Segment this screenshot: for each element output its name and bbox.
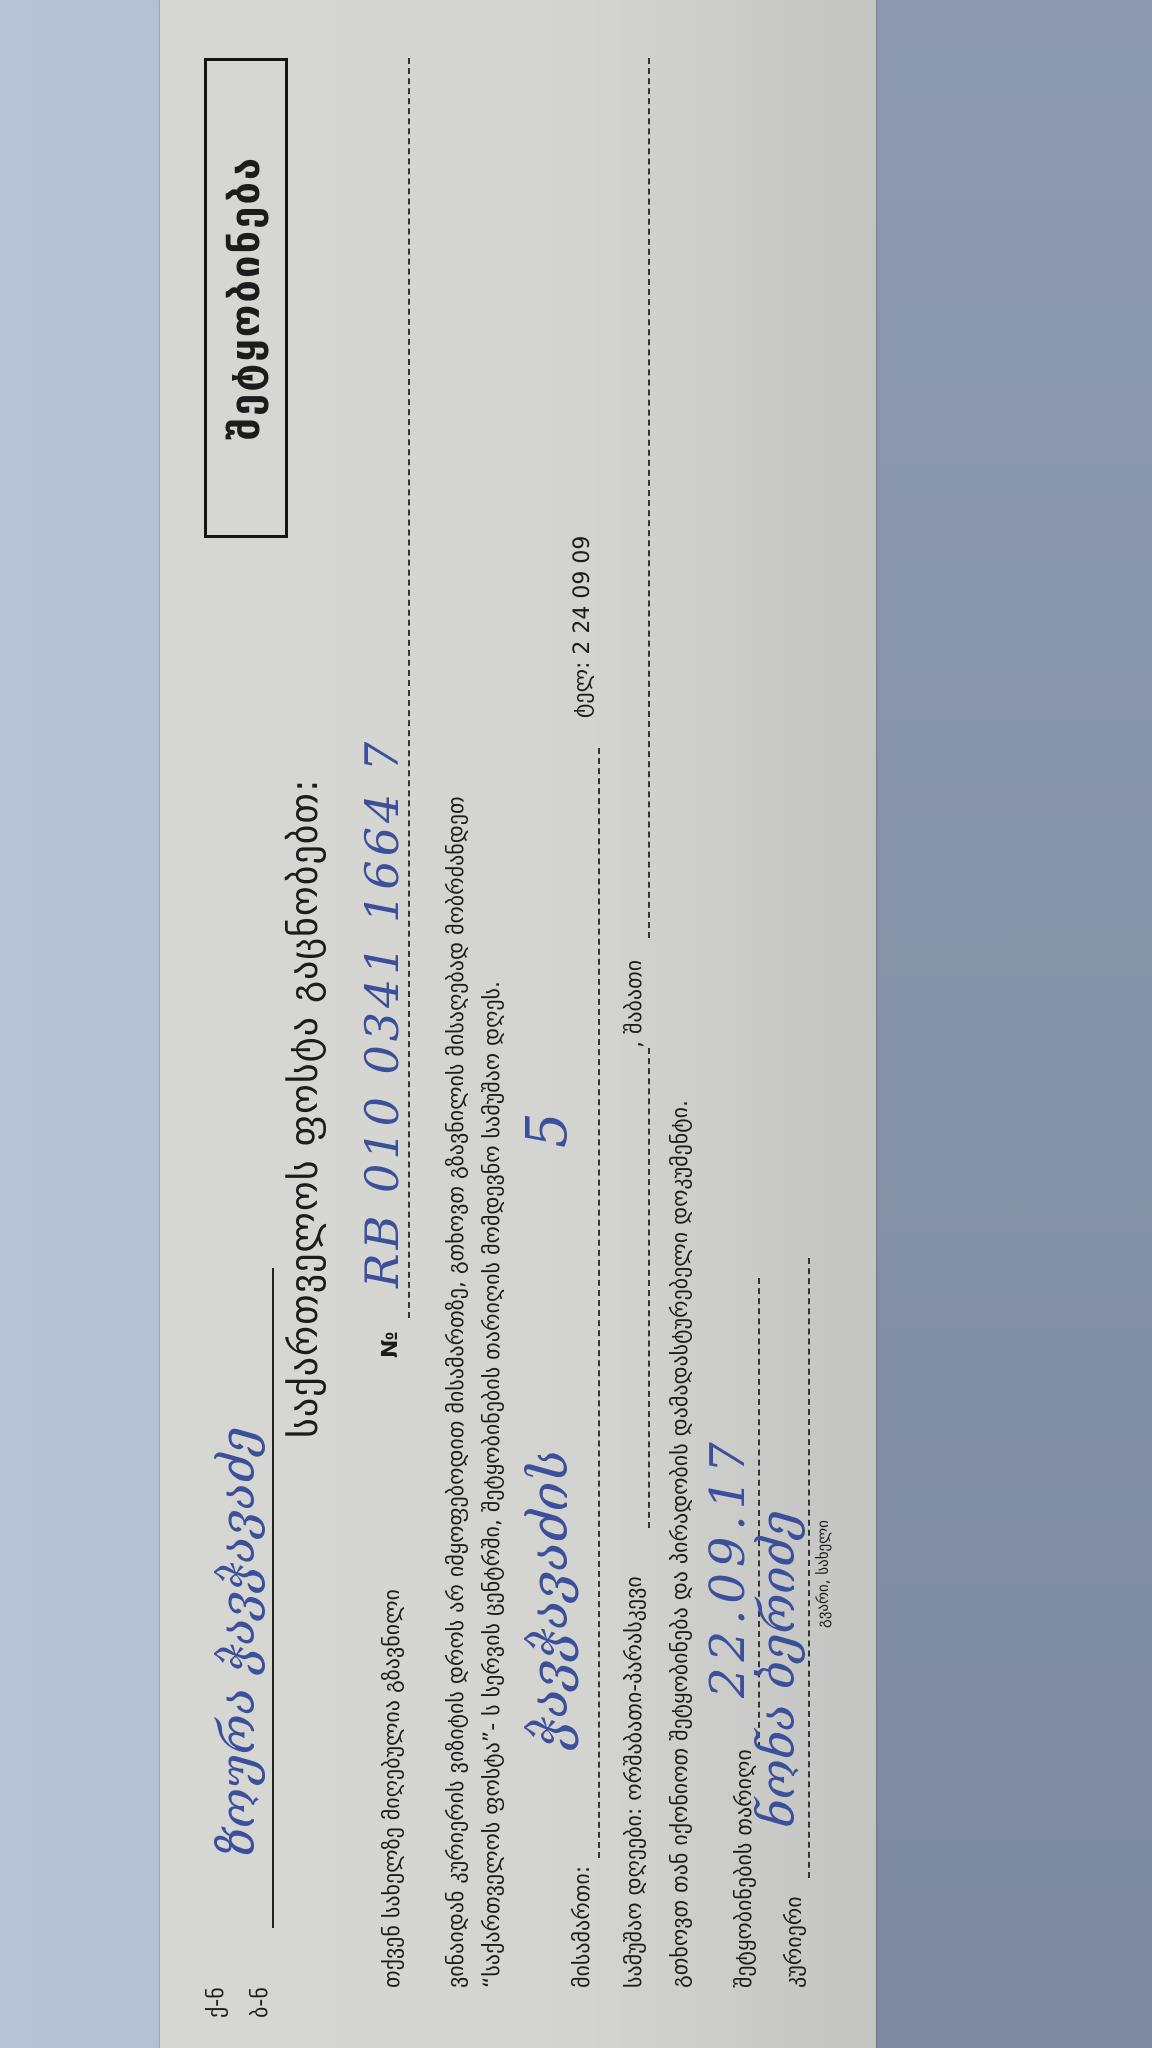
- courier-label: კურიერი: [782, 1896, 807, 1988]
- street-label: ქ-ნ: [204, 1987, 229, 2018]
- notice-heading-box: შეტყობინება: [204, 58, 288, 538]
- recipient-name-handwritten: ზოურა ჭავჭავაძე: [210, 1427, 266, 1858]
- saturday-hours-line: [648, 58, 650, 938]
- working-days-label: სამუშაო დღეები: ორშაბათი-პარასკევი: [622, 1576, 647, 1988]
- instruction-line-1: ვინაიდან კურიერის ვიზიტის დროს არ იმყოფე…: [440, 796, 474, 1988]
- courier-sublabel: გვარი, სახელი: [814, 1520, 832, 1628]
- phone-number: ტელ: 2 24 09 09: [570, 536, 595, 718]
- instruction-line-2: “საქართველოს ფოსტა”- ს სერვის ცენტრში, შ…: [476, 981, 510, 1988]
- address-label: მისამართი:: [570, 1866, 595, 1988]
- background-surface: [876, 0, 1152, 2048]
- main-title: საქართველოს ფოსტა გაცნობებთ:: [282, 778, 326, 1438]
- received-text: თქვენ სახელზე მიღებულია გზავნილი: [380, 1589, 405, 1988]
- postal-notice-slip: შეტყობინება ქ-ნ ბ-ნ ზოურა ჭავჭავაძე საქა…: [160, 0, 876, 2048]
- notice-date-handwritten: 22.09.17: [700, 1436, 756, 1698]
- id-instruction: გთხოვთ თან იქონიოთ შეტყობინება და პირადო…: [668, 1100, 693, 1988]
- tracking-number-handwritten: RB 010 0341 1664 7: [355, 738, 409, 1288]
- number-sign: №: [378, 1332, 403, 1358]
- apartment-label: ბ-ნ: [248, 1987, 273, 2018]
- address-handwritten: ჭავჭავაძის: [520, 1450, 580, 1748]
- recipient-name-line: [272, 1268, 274, 1928]
- notice-heading: შეტყობინება: [223, 156, 269, 440]
- courier-line: [808, 1258, 810, 1878]
- address-number-handwritten: 5: [515, 1112, 580, 1148]
- weekday-hours-line: [648, 1048, 650, 1528]
- saturday-label: , შაბათი: [622, 960, 647, 1048]
- address-line: [598, 748, 600, 1858]
- courier-signature-handwritten: ნონა ბერიძე: [750, 1510, 806, 1828]
